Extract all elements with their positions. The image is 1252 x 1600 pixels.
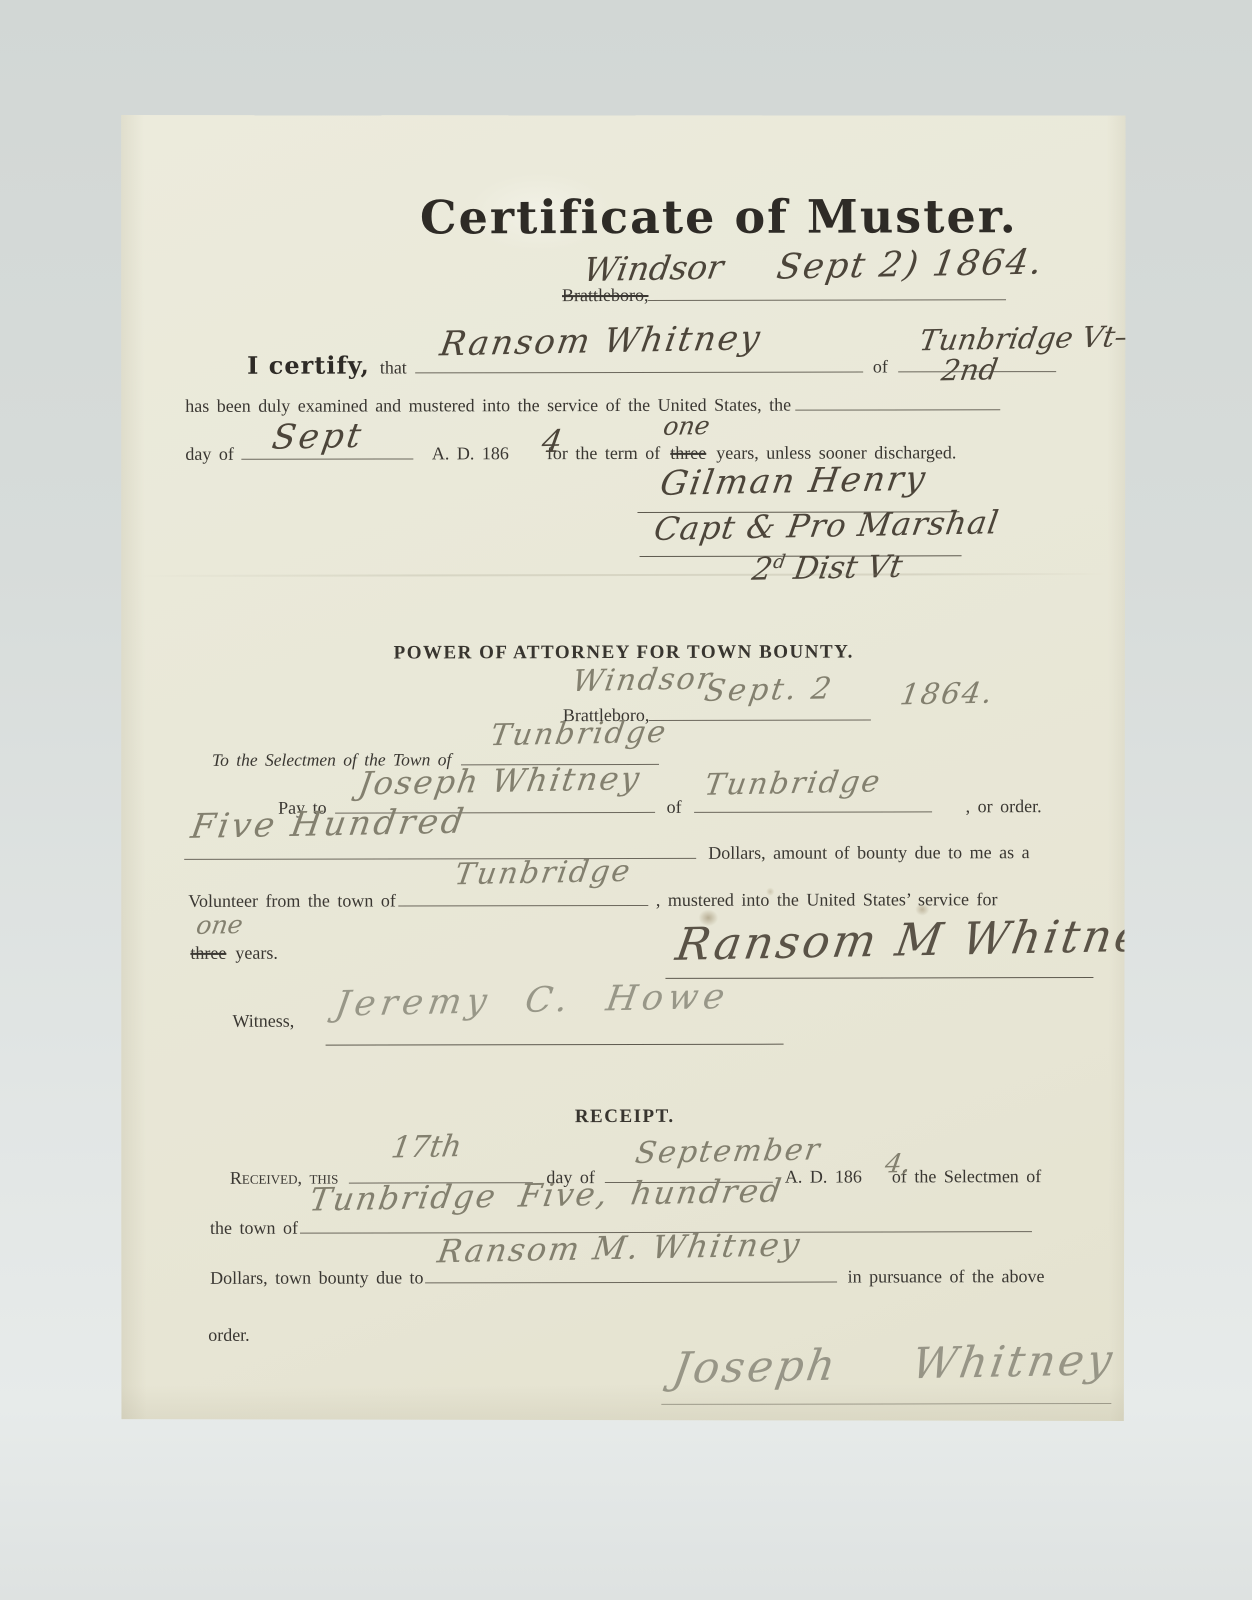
receipt-ad-label: A. D. 186 <box>785 1167 862 1187</box>
power-of-attorney-heading: POWER OF ATTORNEY FOR TOWN BOUNTY. <box>124 641 1124 665</box>
poa-volunteer-town-blank <box>398 889 648 907</box>
receipt-selectmen-label: of the Selectmen of <box>892 1166 1041 1186</box>
poa-of-label: of <box>667 797 682 817</box>
poa-term-handwritten: one <box>194 910 245 940</box>
scanned-document-photo: { "page": { "title": "Certificate of Mus… <box>0 0 1252 1600</box>
document-title: Certificate of Muster. <box>299 189 1139 245</box>
witness-signature: Jeremy C. Howe <box>333 977 733 1025</box>
poa-place-handwritten: Windsor <box>570 661 716 699</box>
muster-ordinal-handwritten: 2nd <box>939 352 1000 387</box>
day-of-label: day of <box>185 444 234 464</box>
poa-years-line: three years. <box>190 943 278 964</box>
witness-line: Witness, <box>233 1011 295 1032</box>
mustered-label: , mustered into the United States’ servi… <box>656 889 998 910</box>
poa-date-handwritten: Sept. 2 <box>702 671 837 709</box>
poa-payee-town-handwritten: Tunbridge <box>702 764 884 802</box>
muster-term-handwritten: one <box>661 411 712 441</box>
signature-rule <box>661 1403 1111 1405</box>
district-superscript: d <box>772 552 787 573</box>
receipt-day-handwritten: 17th <box>389 1129 464 1165</box>
poa-years-label: years. <box>235 943 278 963</box>
poa-volunteer-line: Volunteer from the town of , mustered in… <box>188 888 997 912</box>
poa-volunteer-town-handwritten: Tunbridge <box>452 854 634 892</box>
officer-title-handwritten: Capt & Pro Marshal <box>652 503 1002 548</box>
term-of-label: for the term of <box>547 443 661 463</box>
document-paper: Certificate of Muster. Windsor Brattlebo… <box>119 111 1130 1425</box>
muster-examined-line: has been duly examined and mustered into… <box>185 393 1000 417</box>
order-label: order. <box>208 1325 250 1345</box>
muster-month-handwritten: Sept <box>269 416 366 458</box>
receipt-month-handwritten: September <box>633 1132 824 1171</box>
muster-date-handwritten: Sept 2) 1864. <box>774 242 1047 287</box>
of-label: of <box>873 356 888 376</box>
receipt-year-digit-handwritten: 4, <box>883 1149 913 1179</box>
receipt-town-label: the town of <box>210 1218 298 1238</box>
mustering-officer-signature: Gilman Henry <box>657 459 929 504</box>
term-struck: three <box>670 443 706 463</box>
that-label: that <box>380 357 407 377</box>
muster-name-handwritten: Ransom Whitney <box>437 318 764 364</box>
pursuance-label: in pursuance of the above <box>848 1266 1045 1286</box>
order-line: order. <box>208 1325 250 1346</box>
bounty-label: Dollars, town bounty due to <box>210 1267 424 1287</box>
muster-place-printed: Brattleboro, <box>562 285 649 305</box>
paper-crease <box>140 573 1108 577</box>
witness-label: Witness, <box>233 1011 295 1031</box>
ransom-whitney-signature: Ransom M Whitney <box>672 908 1177 971</box>
receipt-payee-handwritten: Ransom M. Whitney <box>435 1225 804 1270</box>
signature-rule <box>326 1044 784 1046</box>
volunteer-label: Volunteer from the town of <box>188 890 396 910</box>
poa-amount-handwritten: Five Hundred <box>188 802 469 847</box>
dollars-bounty-label: Dollars, amount of bounty due to me as a <box>708 842 1029 863</box>
district-rest: Dist Vt <box>791 549 905 587</box>
muster-ordinal-blank <box>795 393 1000 410</box>
officer-district-handwritten: 2d Dist Vt <box>750 549 905 588</box>
receipt-town-amount-handwritten: Tunbridge Five, hundred <box>307 1171 786 1218</box>
or-order-label: , or order. <box>966 796 1042 816</box>
poa-payee-handwritten: Joseph Whitney <box>356 759 644 802</box>
certify-label: I certify, <box>247 351 370 380</box>
poa-year-handwritten: 1864. <box>898 676 997 712</box>
poa-term-struck: three <box>190 943 226 963</box>
poa-town-handwritten: Tunbridge <box>488 715 670 753</box>
muster-residence-handwritten: Tunbridge Vt— <box>917 319 1146 357</box>
receipt-bounty-line: Dollars, town bounty due to in pursuance… <box>210 1265 1044 1289</box>
ad-label: A. D. 186 <box>432 443 509 463</box>
joseph-whitney-signature: Joseph Whitney <box>669 1335 1118 1394</box>
receipt-heading: RECEIPT. <box>125 1105 1125 1129</box>
